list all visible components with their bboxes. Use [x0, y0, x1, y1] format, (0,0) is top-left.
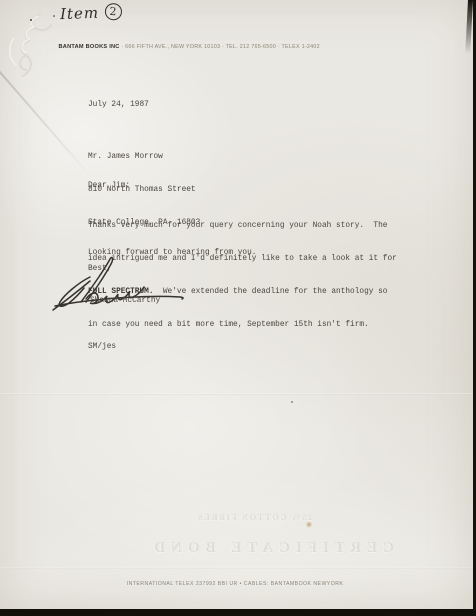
typist-initials: SM/jes [88, 342, 116, 353]
scanned-letter-page: Item2 BANTAM BOOKS INC · 666 FIFTH AVE.,… [0, 0, 476, 616]
ink-speck [291, 401, 293, 403]
letterhead: BANTAM BOOKS INC · 666 FIFTH AVE., NEW Y… [48, 38, 320, 56]
paper-edge-bottom [0, 609, 476, 616]
letter-date: July 24, 1987 [88, 100, 149, 111]
item-number-circle: 2 [104, 3, 122, 21]
watermark-bond-line: CERTIFICATE BOND [148, 540, 394, 557]
handwritten-item-note: Item2 [60, 3, 123, 23]
salutation: Dear Jim: [88, 181, 130, 192]
footer-telex-line: INTERNATIONAL TELEX 237992 BBI UR • CABL… [0, 581, 470, 587]
paper-stain [306, 521, 312, 528]
fold-crease [0, 393, 473, 395]
body-line: Thanks very much for your query concerni… [88, 221, 397, 232]
letter-paper: Item2 BANTAM BOOKS INC · 666 FIFTH AVE.,… [0, 0, 473, 609]
fold-crease [0, 567, 473, 569]
item-label: Item [60, 4, 100, 23]
recipient-line: Mr. James Morrow [88, 152, 200, 163]
company-name: BANTAM BOOKS INC [59, 44, 120, 50]
watermark-fiber-line: 25% COTTON FIBRES [196, 512, 312, 522]
letterhead-address: · 666 FIFTH AVE., NEW YORK 10103 · TEL. … [120, 44, 320, 50]
ink-speck [53, 15, 55, 17]
typed-name: Shawna McCarthy [90, 296, 160, 307]
body-line: in case you need a bit more time, Septem… [88, 320, 397, 331]
